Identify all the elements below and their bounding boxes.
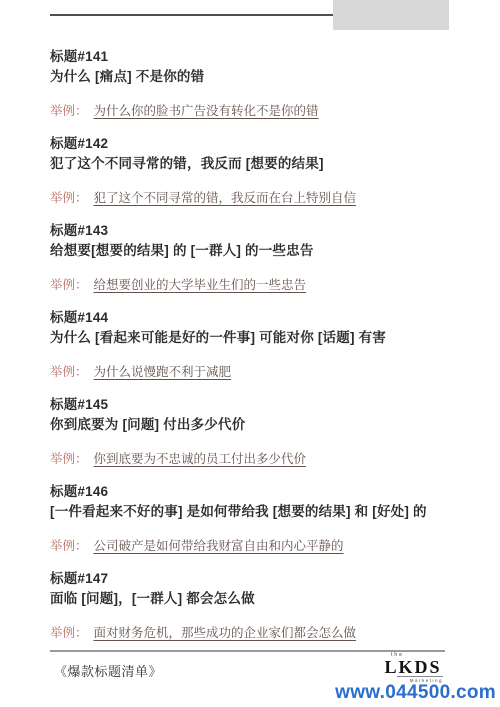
example-line: 举例：为什么你的脸书广告没有转化不是你的错	[50, 102, 460, 121]
logo-wordmark: LKDS	[383, 658, 443, 676]
headline-section: 标题#141 为什么 [痛点] 不是你的错 举例：为什么你的脸书广告没有转化不是…	[50, 47, 460, 121]
headline-template: 犯了这个不同寻常的错，我反而 [想要的结果]	[50, 154, 460, 174]
headline-list: 标题#141 为什么 [痛点] 不是你的错 举例：为什么你的脸书广告没有转化不是…	[50, 47, 460, 656]
example-line: 举例：为什么说慢跑不利于减肥	[50, 363, 460, 382]
section-number: 标题#147	[50, 569, 460, 589]
section-number: 标题#145	[50, 395, 460, 415]
headline-template: 你到底要为 [问题] 付出多少代价	[50, 415, 460, 435]
headline-section: 标题#146 [一件看起来不好的事] 是如何带给我 [想要的结果] 和 [好处]…	[50, 482, 460, 556]
headline-template: 为什么 [看起来可能是好的一件事] 可能对你 [话题] 有害	[50, 328, 460, 348]
document-page: 标题#141 为什么 [痛点] 不是你的错 举例：为什么你的脸书广告没有转化不是…	[0, 0, 500, 707]
example-text: 公司破产是如何带给我财富自由和内心平静的	[94, 539, 344, 553]
lkds-logo: the LKDS Marketing	[383, 652, 443, 683]
headline-section: 标题#142 犯了这个不同寻常的错，我反而 [想要的结果] 举例：犯了这个不同寻…	[50, 134, 460, 208]
headline-template: 面临 [问题]，[一群人] 都会怎么做	[50, 589, 460, 609]
example-line: 举例：给想要创业的大学毕业生们的一些忠告	[50, 276, 460, 295]
header-gray-box	[333, 0, 449, 30]
example-label: 举例：	[50, 626, 88, 640]
headline-template: 为什么 [痛点] 不是你的错	[50, 67, 460, 87]
headline-template: [一件看起来不好的事] 是如何带给我 [想要的结果] 和 [好处] 的	[50, 502, 460, 522]
example-line: 举例：面对财务危机，那些成功的企业家们都会怎么做	[50, 624, 460, 643]
section-number: 标题#143	[50, 221, 460, 241]
example-label: 举例：	[50, 452, 88, 466]
example-text: 为什么说慢跑不利于减肥	[94, 365, 232, 379]
section-number: 标题#146	[50, 482, 460, 502]
example-text: 给想要创业的大学毕业生们的一些忠告	[94, 278, 307, 292]
example-text: 犯了这个不同寻常的错，我反而在台上特别自信	[94, 191, 357, 205]
watermark-url: www.044500.com	[335, 682, 496, 704]
headline-section: 标题#147 面临 [问题]，[一群人] 都会怎么做 举例：面对财务危机，那些成…	[50, 569, 460, 643]
example-text: 面对财务危机，那些成功的企业家们都会怎么做	[94, 626, 357, 640]
example-label: 举例：	[50, 365, 88, 379]
section-number: 标题#144	[50, 308, 460, 328]
example-line: 举例：你到底要为不忠诚的员工付出多少代价	[50, 450, 460, 469]
example-line: 举例：公司破产是如何带给我财富自由和内心平静的	[50, 537, 460, 556]
footer-doc-title: 《爆款标题清单》	[54, 661, 162, 680]
headline-section: 标题#145 你到底要为 [问题] 付出多少代价 举例：你到底要为不忠诚的员工付…	[50, 395, 460, 469]
headline-template: 给想要[想要的结果] 的 [一群人] 的一些忠告	[50, 241, 460, 261]
example-label: 举例：	[50, 191, 88, 205]
section-number: 标题#142	[50, 134, 460, 154]
example-label: 举例：	[50, 278, 88, 292]
header-rule	[50, 14, 333, 16]
headline-section: 标题#143 给想要[想要的结果] 的 [一群人] 的一些忠告 举例：给想要创业…	[50, 221, 460, 295]
section-number: 标题#141	[50, 47, 460, 67]
example-line: 举例：犯了这个不同寻常的错，我反而在台上特别自信	[50, 189, 460, 208]
example-text: 为什么你的脸书广告没有转化不是你的错	[94, 104, 319, 118]
example-label: 举例：	[50, 104, 88, 118]
example-label: 举例：	[50, 539, 88, 553]
example-text: 你到底要为不忠诚的员工付出多少代价	[94, 452, 307, 466]
headline-section: 标题#144 为什么 [看起来可能是好的一件事] 可能对你 [话题] 有害 举例…	[50, 308, 460, 382]
